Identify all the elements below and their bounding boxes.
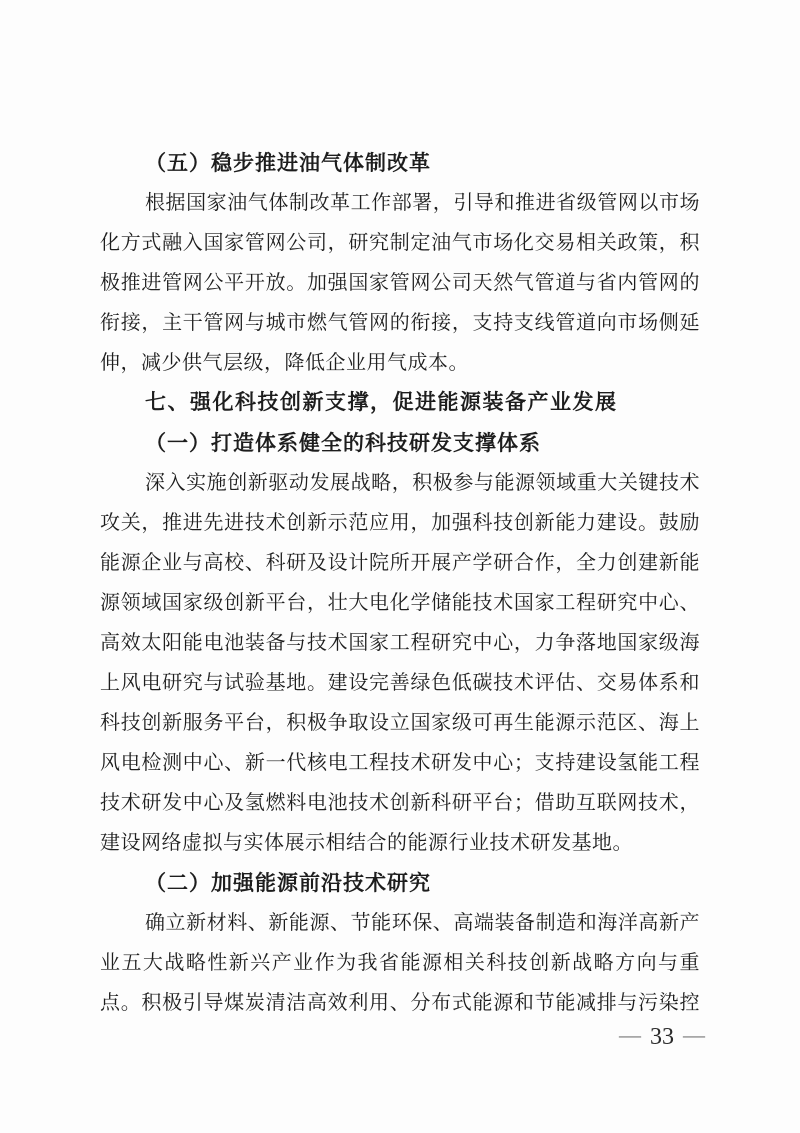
paragraph-rd-support-system-line: 上风电研究与试验基地。建设完善绿色低碳技术评估、交易体系和 bbox=[100, 663, 700, 703]
paragraph-rd-support-system-line: 技术研发中心及氢燃料电池技术创新科研平台；借助互联网技术， bbox=[100, 783, 700, 823]
heading-section-5: （五）稳步推进油气体制改革 bbox=[100, 143, 700, 183]
page-number-left-dash: — bbox=[619, 1020, 641, 1050]
paragraph-rd-support-system-line: 能源企业与高校、科研及设计院所开展产学研合作，全力创建新能 bbox=[100, 543, 700, 583]
page-number-value: 33 bbox=[650, 1022, 674, 1052]
paragraph-oil-gas-reform-line: 根据国家油气体制改革工作部署，引导和推进省级管网以市场 bbox=[100, 183, 700, 223]
paragraph-rd-support-system-line: 高效太阳能电池装备与技术国家工程研究中心，力争落地国家级海 bbox=[100, 623, 700, 663]
paragraph-frontier-technology-line: 业五大战略性新兴产业作为我省能源相关科技创新战略方向与重 bbox=[100, 943, 700, 983]
paragraph-frontier-technology-line: 点。积极引导煤炭清洁高效利用、分布式能源和节能减排与污染控 bbox=[100, 983, 700, 1023]
page-number-right-dash: — bbox=[683, 1020, 705, 1050]
paragraph-oil-gas-reform-line: 伸，减少供气层级，降低企业用气成本。 bbox=[100, 343, 700, 383]
document-page: （五）稳步推进油气体制改革根据国家油气体制改革工作部署，引导和推进省级管网以市场… bbox=[0, 0, 800, 1133]
paragraph-rd-support-system-line: 源领域国家级创新平台，壮大电化学储能技术国家工程研究中心、 bbox=[100, 583, 700, 623]
paragraph-rd-support-system-line: 攻关，推进先进技术创新示范应用，加强科技创新能力建设。鼓励 bbox=[100, 503, 700, 543]
paragraph-rd-support-system-line: 建设网络虚拟与实体展示相结合的能源行业技术研发基地。 bbox=[100, 823, 700, 863]
paragraph-rd-support-system-line: 科技创新服务平台，积极争取设立国家级可再生能源示范区、海上 bbox=[100, 703, 700, 743]
paragraph-oil-gas-reform-line: 衔接，主干管网与城市燃气管网的衔接，支持支线管道向市场侧延 bbox=[100, 303, 700, 343]
heading-chapter-7: 七、强化科技创新支撑，促进能源装备产业发展 bbox=[100, 383, 700, 423]
paragraph-frontier-technology-line: 确立新材料、新能源、节能环保、高端装备制造和海洋高新产 bbox=[100, 903, 700, 943]
paragraph-oil-gas-reform-line: 极推进管网公平开放。加强国家管网公司天然气管道与省内管网的 bbox=[100, 263, 700, 303]
paragraph-oil-gas-reform-line: 化方式融入国家管网公司，研究制定油气市场化交易相关政策，积 bbox=[100, 223, 700, 263]
heading-section-1: （一）打造体系健全的科技研发支撑体系 bbox=[100, 423, 700, 463]
document-body: （五）稳步推进油气体制改革根据国家油气体制改革工作部署，引导和推进省级管网以市场… bbox=[100, 143, 700, 1023]
heading-section-2: （二）加强能源前沿技术研究 bbox=[100, 863, 700, 903]
paragraph-rd-support-system-line: 风电检测中心、新一代核电工程技术研发中心；支持建设氢能工程 bbox=[100, 743, 700, 783]
page-number: — 33 — bbox=[619, 1022, 705, 1052]
paragraph-rd-support-system-line: 深入实施创新驱动发展战略，积极参与能源领域重大关键技术 bbox=[100, 463, 700, 503]
